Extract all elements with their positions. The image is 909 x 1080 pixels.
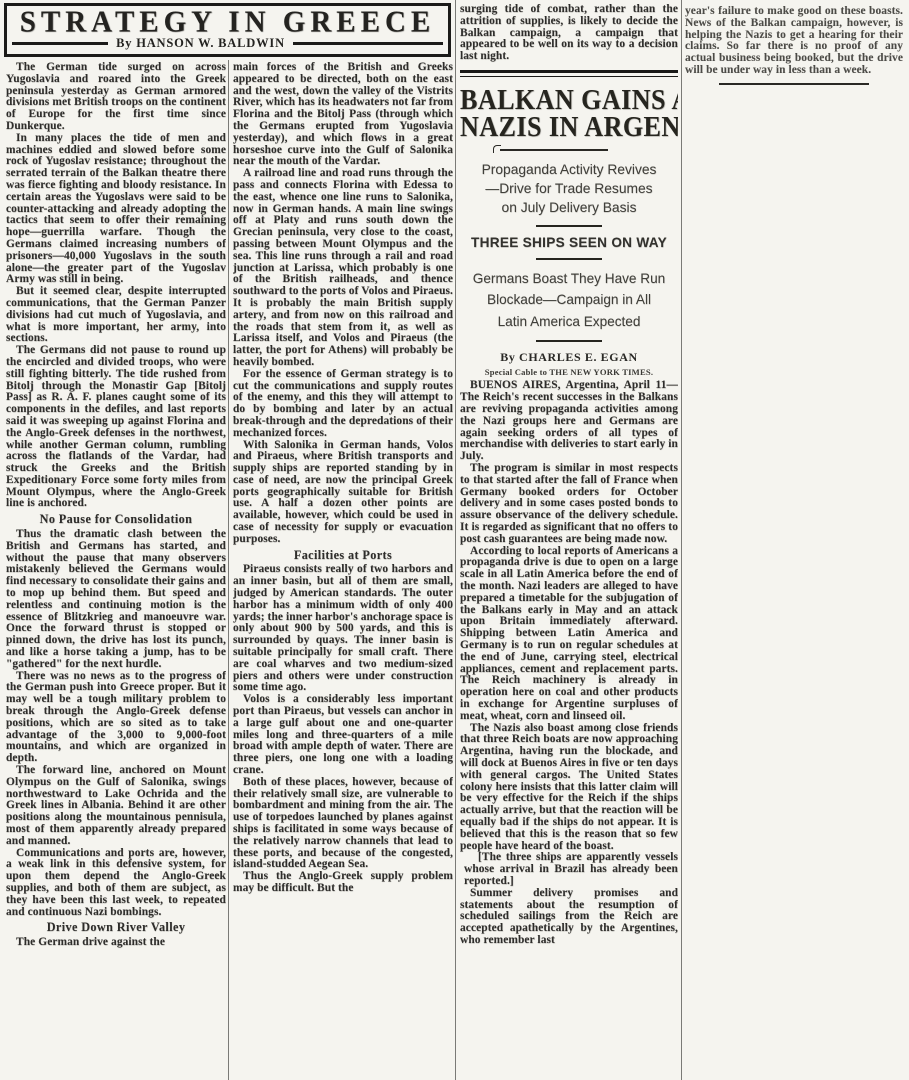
- strategy-headline: STRATEGY IN GREECE: [7, 6, 448, 38]
- double-rule: [460, 70, 678, 77]
- balkan-column-end: year's failure to make good on these boa…: [685, 6, 903, 1080]
- paragraph: The Nazis also boast among close friends…: [460, 723, 678, 853]
- paragraph: The program is similar in most respects …: [460, 463, 678, 546]
- column-divider: [455, 0, 456, 1080]
- paragraph: Piraeus consists really of two harbors a…: [233, 564, 453, 694]
- balkan-headline-line2: NAZIS IN ARGENTINA: [460, 114, 663, 141]
- paragraph: [The three ships are apparently vessels …: [460, 852, 678, 887]
- strategy-headline-box: STRATEGY IN GREECE By HANSON W. BALDWIN: [4, 3, 451, 57]
- horizontal-rule: [536, 225, 602, 227]
- paragraph: Both of these places, however, because o…: [233, 777, 453, 871]
- paragraph: With Salonika in German hands, Volos and…: [233, 440, 453, 546]
- paragraph: The Germans did not pause to round up th…: [6, 345, 226, 510]
- section-heading: Drive Down River Valley: [6, 922, 226, 934]
- balkan-body: BUENOS AIRES, Argentina, April 11—The Re…: [460, 380, 678, 946]
- balkan-column: surging tide of combat, rather than the …: [460, 4, 678, 1080]
- text-line: on July Delivery Basis: [460, 198, 678, 217]
- paragraph: Summer delivery promises and statements …: [460, 888, 678, 947]
- strategy-column-2: main forces of the British and Greeks ap…: [233, 62, 453, 1080]
- balkan-bank-headline: THREE SHIPS SEEN ON WAY: [460, 235, 678, 250]
- paragraph: The German drive against the: [6, 937, 226, 949]
- column-divider: [681, 0, 682, 1080]
- column-divider: [228, 60, 229, 1080]
- paragraph: There was no news as to the progress of …: [6, 671, 226, 765]
- text-line: Blockade—Campaign in All: [460, 289, 678, 311]
- balkan-deck-2: Germans Boast They Have RunBlockade—Camp…: [460, 268, 678, 333]
- paragraph: The forward line, anchored on Mount Olym…: [6, 765, 226, 848]
- text-line: Latin America Expected: [460, 311, 678, 333]
- paragraph: Thus the Anglo-Greek supply problem may …: [233, 871, 453, 895]
- text-line: Propaganda Activity Revives: [460, 160, 678, 179]
- strategy-column-1: The German tide surged on across Yugosla…: [6, 62, 226, 1080]
- paragraph: In many places the tide of men and machi…: [6, 133, 226, 286]
- paragraph: The German tide surged on across Yugosla…: [6, 62, 226, 133]
- horizontal-rule: [536, 340, 602, 342]
- strategy-continuation-paragraph: surging tide of combat, rather than the …: [460, 4, 678, 63]
- horizontal-rule: [536, 258, 602, 260]
- balkan-headline-line1: BALKAN GAINS AID: [460, 87, 663, 114]
- paragraph: According to local reports of Americans …: [460, 546, 678, 723]
- paragraph: A railroad line and road runs through th…: [233, 168, 453, 369]
- section-heading: No Pause for Consolidation: [6, 514, 226, 526]
- byline-rule-left: [12, 42, 108, 45]
- newspaper-page: STRATEGY IN GREECE By HANSON W. BALDWIN …: [0, 0, 909, 1080]
- paragraph: BUENOS AIRES, Argentina, April 11—The Re…: [460, 380, 678, 463]
- balkan-deck-1: Propaganda Activity Revives—Drive for Tr…: [460, 160, 678, 217]
- balkan-byline: By CHARLES E. EGAN: [460, 350, 678, 365]
- article-end-rule: [719, 83, 869, 85]
- byline-rule-right: [293, 42, 443, 45]
- balkan-continuation-paragraph: year's failure to make good on these boa…: [685, 6, 903, 77]
- text-line: Germans Boast They Have Run: [460, 268, 678, 290]
- paragraph: Thus the dramatic clash between the Brit…: [6, 529, 226, 671]
- paragraph: Communications and ports are, however, a…: [6, 848, 226, 919]
- balkan-credit-line: Special Cable to THE NEW YORK TIMES.: [460, 367, 678, 377]
- paragraph: But it seemed clear, despite interrupted…: [6, 286, 226, 345]
- paragraph: Volos is a considerably less important p…: [233, 694, 453, 777]
- text-line: —Drive for Trade Resumes: [460, 179, 678, 198]
- ornament-rule: [500, 149, 608, 151]
- section-heading: Facilities at Ports: [233, 550, 453, 562]
- paragraph: For the essence of German strategy is to…: [233, 369, 453, 440]
- paragraph: main forces of the British and Greeks ap…: [233, 62, 453, 168]
